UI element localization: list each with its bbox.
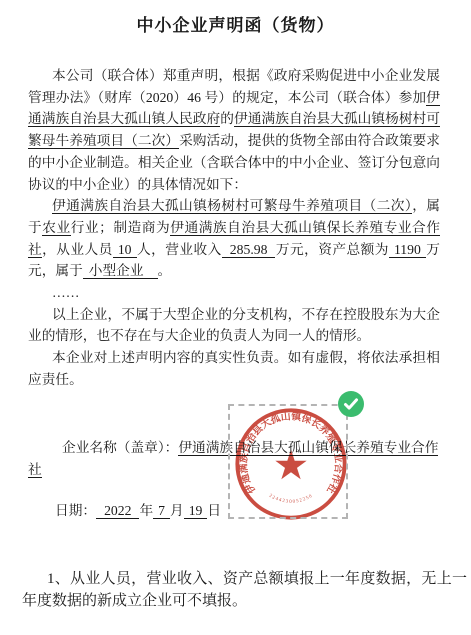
- enterprise-type-field: 小型企业: [83, 263, 158, 279]
- paragraph-declaration: 本公司（联合体）郑重声明，根据《政府采购促进中小企业发展管理办法》（财库（202…: [28, 65, 440, 195]
- industry-field: 农业: [42, 220, 70, 236]
- check-icon[interactable]: [338, 391, 364, 417]
- ellipsis-line: ……: [28, 282, 440, 304]
- paragraph-liability: 本企业对上述声明内容的真实性负责。如有虚假，将依法承担相应责任。: [28, 347, 440, 390]
- document-body: 本公司（联合体）郑重声明，根据《政府采购促进中小企业发展管理办法》（财库（202…: [28, 65, 440, 391]
- footnote-text: 1、从业人员，营业收入、资产总额填报上一年度数据，无上一年度数据的新成立企业可不…: [22, 568, 467, 612]
- assets-amount-field: 1190: [389, 242, 426, 258]
- employees-count-field: 10: [113, 242, 137, 258]
- paragraph-enterprise-info: 伊通满族自治县大孤山镇杨树村可繁母牛养殖项目（二次），属于农业行业；制造商为伊通…: [28, 195, 440, 282]
- date-label: 日期：: [55, 503, 96, 518]
- date-month-field: 7: [153, 503, 170, 519]
- document-title: 中小企业声明函（货物）: [0, 13, 471, 39]
- date-year-field: 2022: [96, 503, 139, 519]
- company-name-label: 企业名称（盖章）：: [62, 440, 178, 455]
- date-day-field: 19: [184, 503, 208, 519]
- paragraph-no-affiliation: 以上企业，不属于大型企业的分支机构，不存在控股股东为大企业的情形，也不存在与大企…: [28, 304, 440, 347]
- declaration-document-page: 中小企业声明函（货物） 本公司（联合体）郑重声明，根据《政府采购促进中小企业发展…: [0, 0, 471, 635]
- declaration-text: 本公司（联合体）郑重声明，根据《政府采购促进中小企业发展管理办法》（财库（202…: [28, 68, 440, 105]
- project-name-field: 伊通满族自治县大孤山镇杨树村可繁母牛养殖项目（二次）: [52, 198, 412, 214]
- revenue-amount-field: 285.98: [222, 242, 276, 258]
- seal-selection-box[interactable]: [228, 404, 348, 519]
